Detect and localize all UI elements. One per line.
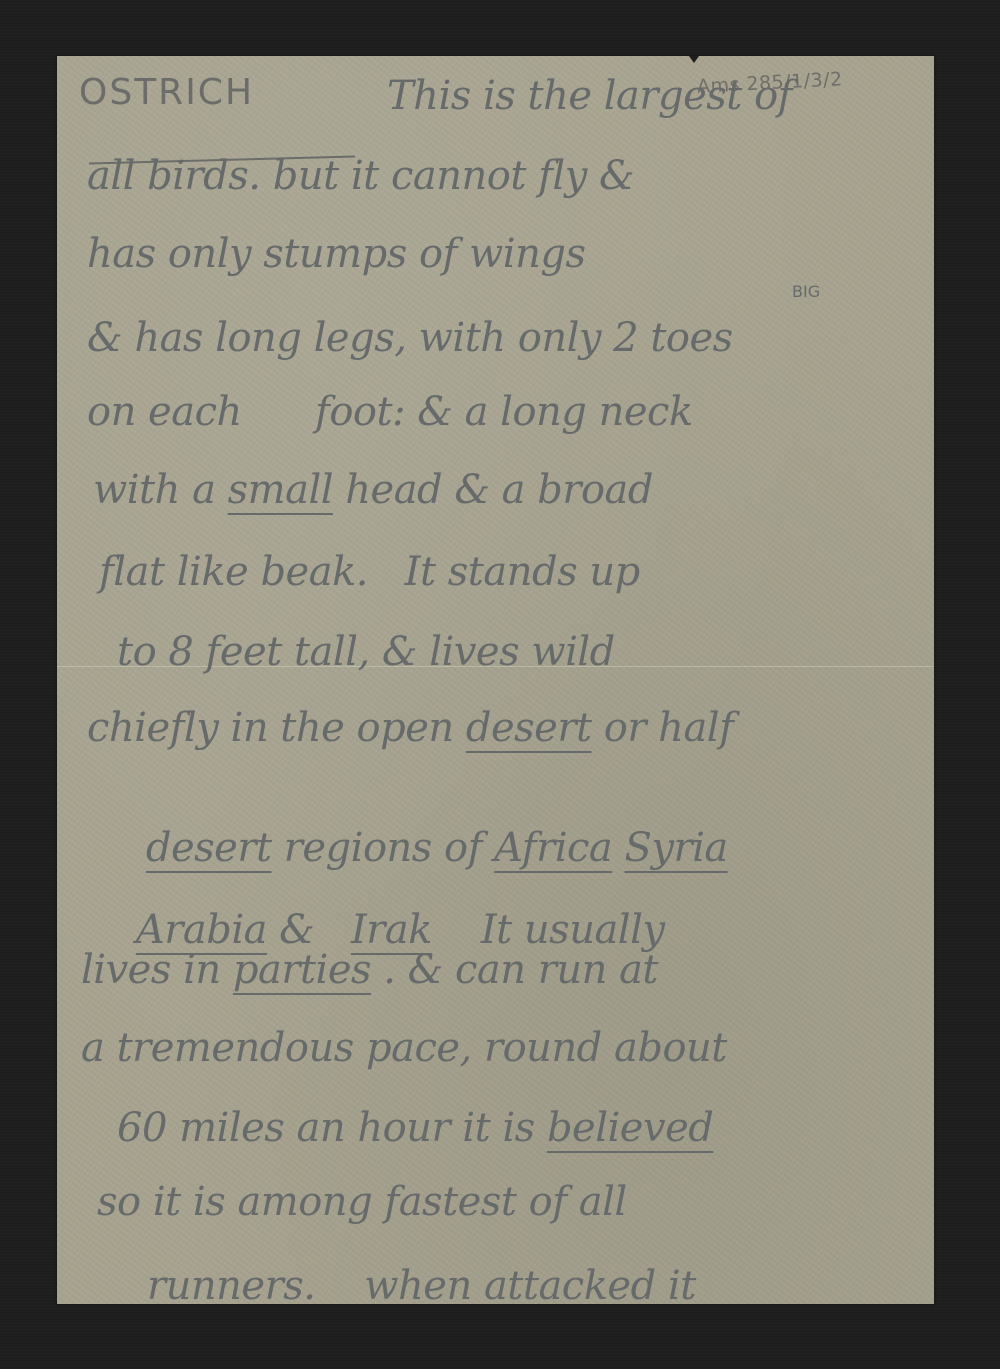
underlined-word: desert (146, 825, 272, 871)
underlined-word: Syria (625, 825, 728, 871)
underlined-word: believed (547, 1105, 713, 1151)
page-title: OSTRICH (79, 72, 254, 113)
underlined-word: Africa (494, 825, 612, 871)
line-10-space (612, 825, 624, 871)
line-9-post: or half (592, 705, 734, 751)
line-14-pre: 60 miles an hour it is (117, 1105, 547, 1151)
line-10-mid: regions of (272, 825, 495, 871)
text-line-9: chiefly in the open desert or half (87, 708, 733, 748)
text-line-7: flat like beak. It stands up (99, 552, 640, 592)
manuscript-page: Ams 285/1/3/2 OSTRICH This is the larges… (57, 56, 934, 1304)
line-6-post: head & a broad (333, 467, 653, 513)
inserted-word: BIG (792, 282, 820, 301)
text-line-5: on each foot: & a long neck (87, 392, 693, 432)
text-line-1: This is the largest of (387, 76, 792, 116)
text-line-8: to 8 feet tall, & lives wild (117, 632, 615, 672)
text-line-4: & has long legs, with only 2 toes (87, 318, 733, 358)
text-line-13: a tremendous pace, round about (81, 1028, 727, 1068)
line-6-pre: with a (93, 467, 228, 513)
text-line-16: runners. when attacked it (147, 1266, 696, 1306)
text-line-12: lives in parties . & can run at (81, 950, 658, 990)
line-12-post: . & can run at (371, 947, 658, 993)
paper-notch (689, 56, 699, 63)
text-line-15: so it is among fastest of all (97, 1182, 627, 1222)
underlined-word: parties (233, 947, 371, 993)
text-line-2: all birds. but it cannot fly & (87, 156, 634, 196)
text-line-3: has only stumps of wings (87, 234, 585, 274)
underlined-word: desert (466, 705, 592, 751)
underlined-word: small (228, 467, 333, 513)
text-line-6: with a small head & a broad (93, 470, 653, 510)
line-12-pre: lives in (81, 947, 233, 993)
text-line-14: 60 miles an hour it is believed (117, 1108, 713, 1148)
line-9-pre: chiefly in the open (87, 705, 466, 751)
